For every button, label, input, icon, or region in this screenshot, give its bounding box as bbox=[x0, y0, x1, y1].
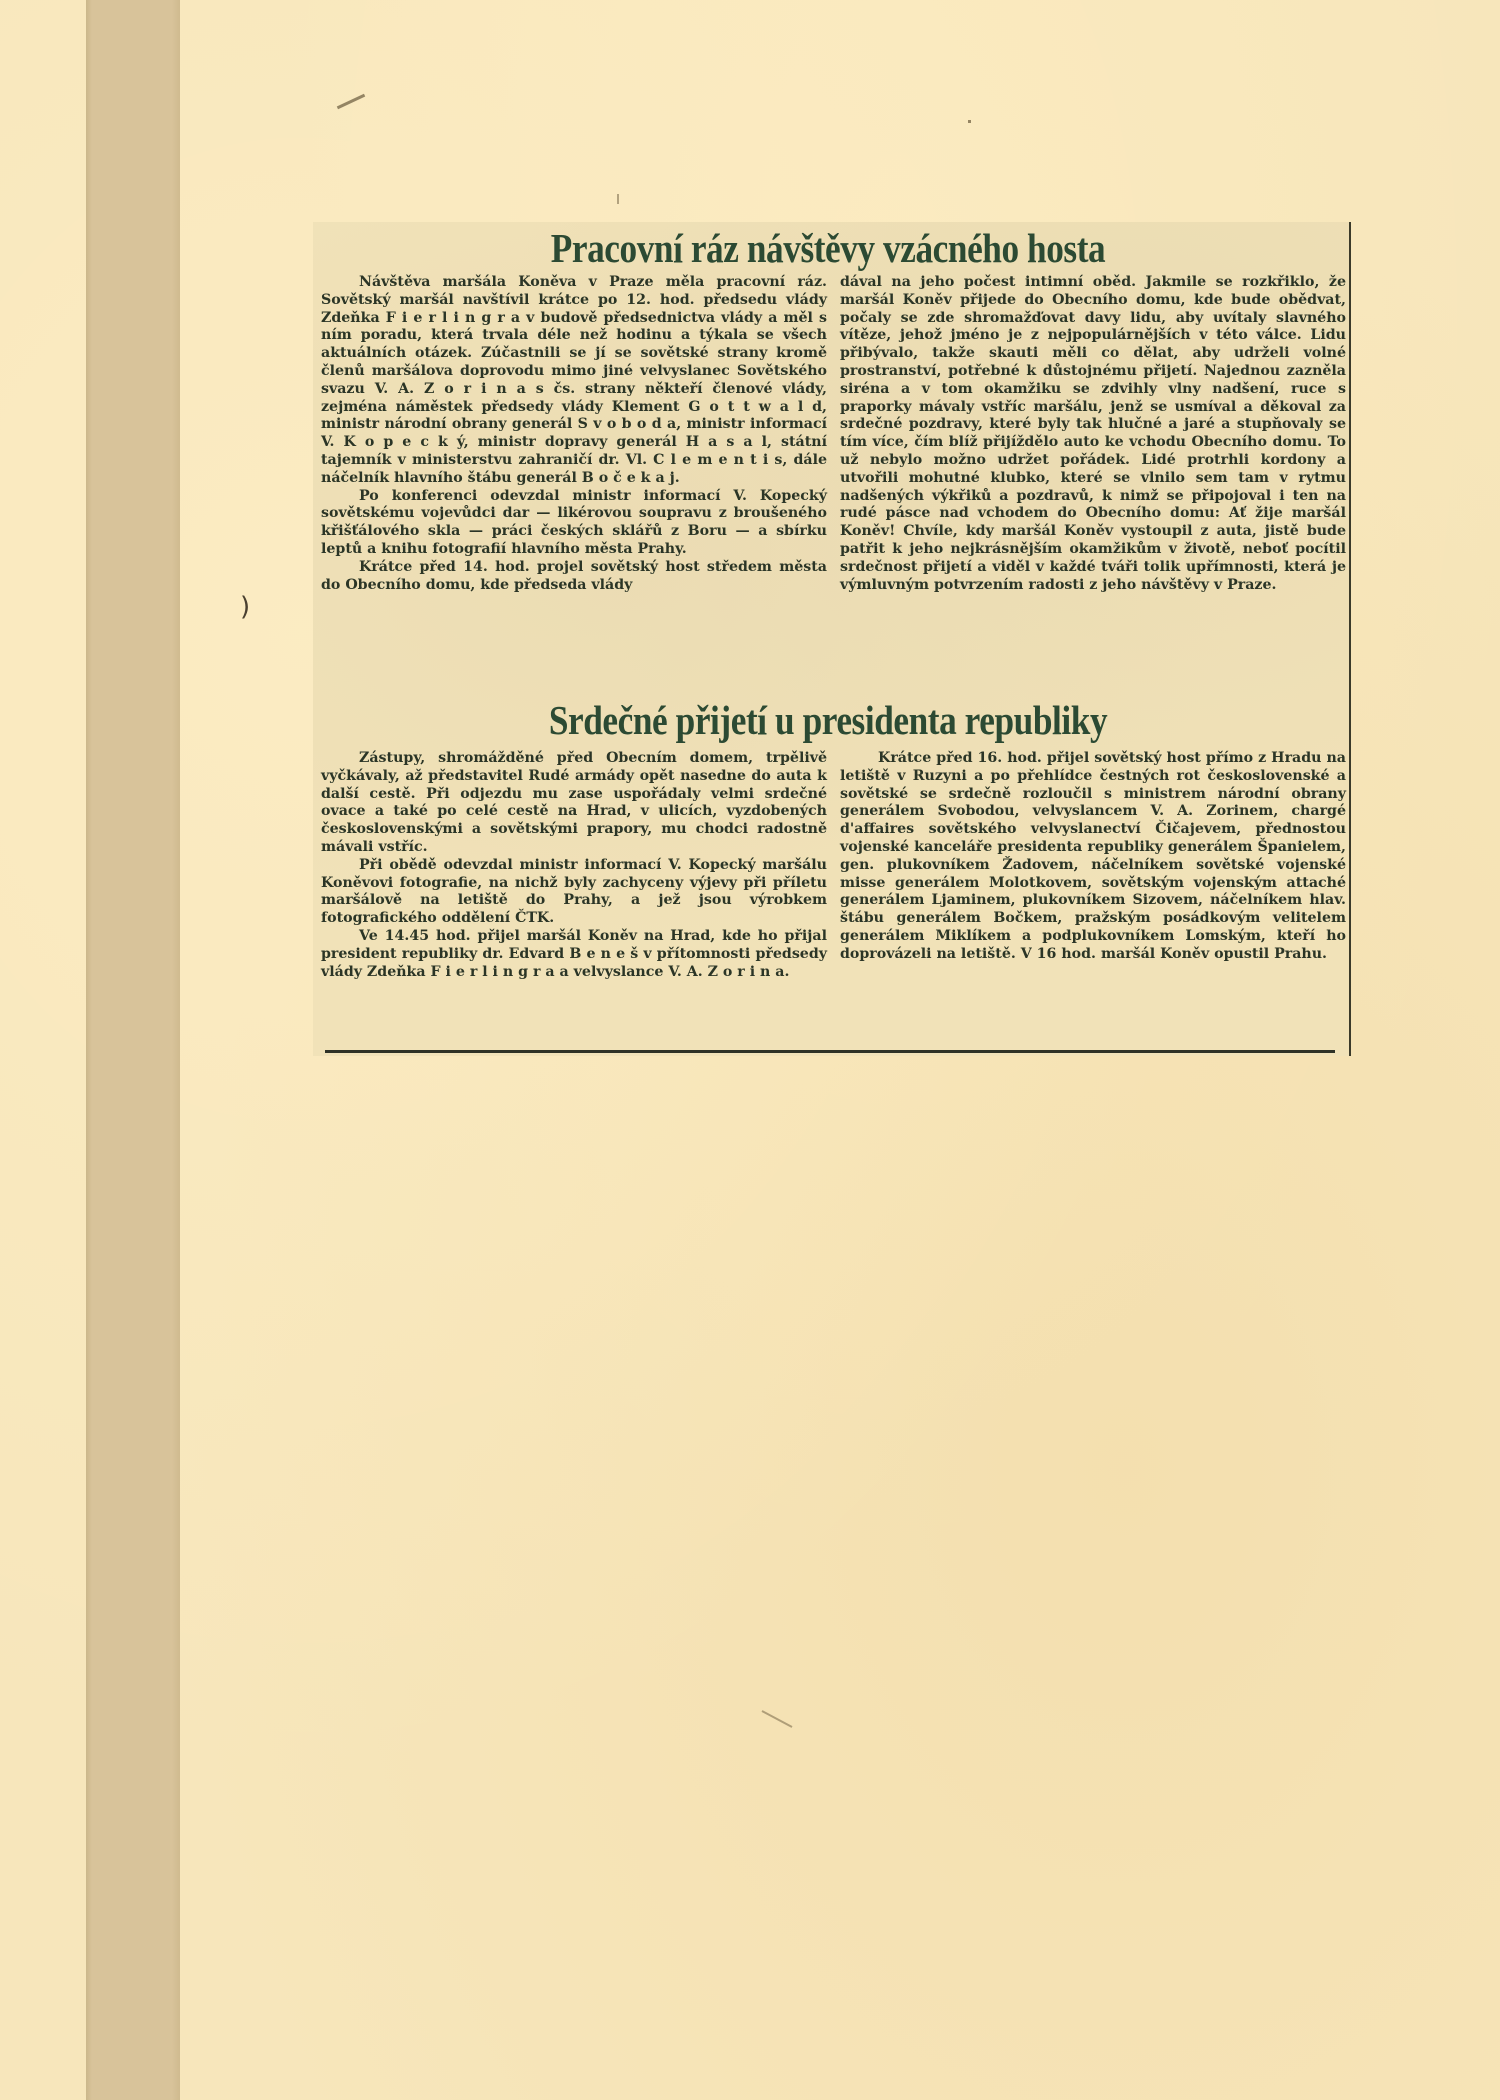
article-1-paragraph: dával na jeho počest intimní oběd. Jakmi… bbox=[840, 274, 1346, 594]
binding-strip bbox=[86, 0, 180, 2100]
paper-fiber-mark bbox=[617, 194, 619, 204]
paper-fiber-mark bbox=[762, 1710, 793, 1728]
paper-fiber-mark bbox=[968, 120, 971, 123]
article-1-paragraph: Po konferenci odevzdal ministr informací… bbox=[321, 488, 827, 559]
article-2-left-column: Zástupy, shromážděné před Obecním domem,… bbox=[321, 750, 827, 981]
article-2-paragraph: Při obědě odevzdal ministr informací V. … bbox=[321, 857, 827, 928]
article-1-right-column: dával na jeho počest intimní oběd. Jakmi… bbox=[840, 274, 1346, 594]
article-2-paragraph: Zástupy, shromážděné před Obecním domem,… bbox=[321, 750, 827, 857]
article-1-left-column: Návštěva maršála Koněva v Praze měla pra… bbox=[321, 274, 827, 594]
article-2-paragraph: Ve 14.45 hod. přijel maršál Koněv na Hra… bbox=[321, 928, 827, 981]
article-2-headline: Srdečné přijetí u presidenta republiky bbox=[385, 700, 1271, 741]
bottom-rule-divider bbox=[325, 1050, 1335, 1053]
paper-mark: ) bbox=[240, 592, 250, 622]
newspaper-clipping: Pracovní ráz návštěvy vzácného hosta Náv… bbox=[313, 222, 1351, 1056]
article-2-right-column: Krátce před 16. hod. přijel sovětský hos… bbox=[840, 750, 1346, 964]
article-2-paragraph: Krátce před 16. hod. přijel sovětský hos… bbox=[840, 750, 1346, 964]
paper-fiber-mark bbox=[337, 94, 365, 109]
article-1-headline: Pracovní ráz návštěvy vzácného hosta bbox=[385, 228, 1271, 269]
article-1-paragraph: Návštěva maršála Koněva v Praze měla pra… bbox=[321, 274, 827, 488]
article-1-paragraph: Krátce před 14. hod. projel sovětský hos… bbox=[321, 559, 827, 595]
